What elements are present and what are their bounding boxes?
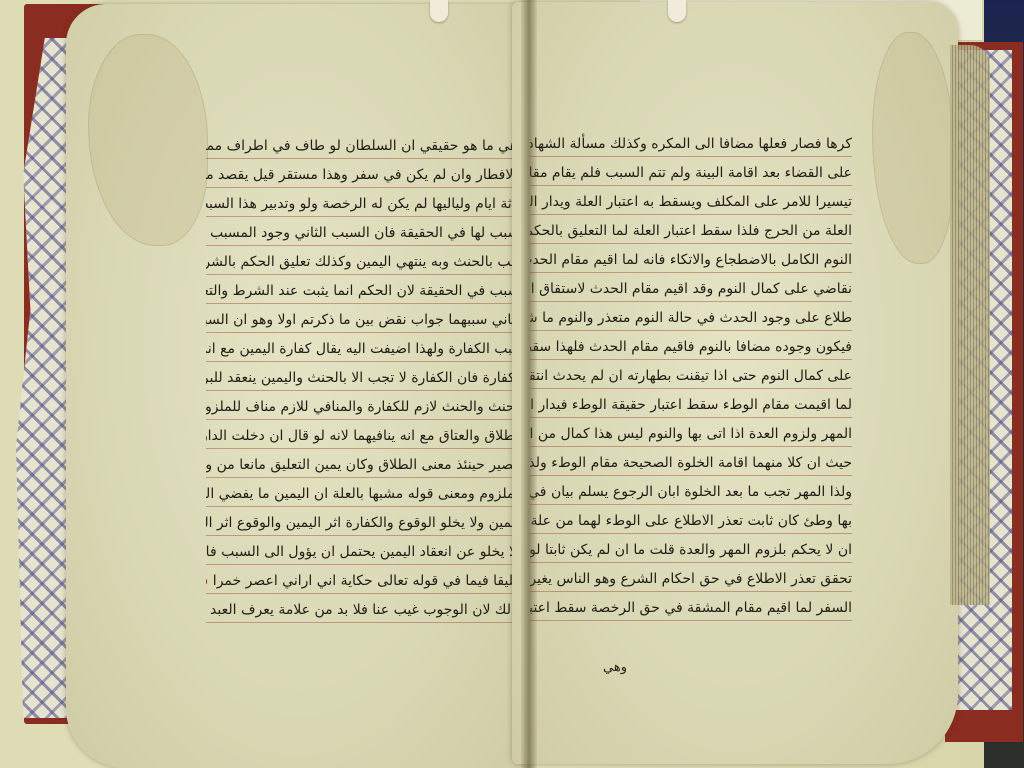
left-page-text: وهي ما هو حقيقي ان السلطان لو طاف في اطر… — [206, 132, 524, 625]
manuscript-line: على كمال النوم حتى اذا تيقنت بطهارته ان … — [530, 362, 852, 391]
manuscript-line: تحقق تعذر الاطلاع في حق احكام الشرع وهو … — [530, 565, 852, 594]
manuscript-line: طلاع على وجود الحدث في حالة النوم متعذر … — [530, 304, 852, 333]
right-page-text: كرها فصار فعلها مضافا الى المكره وكذلك م… — [530, 130, 852, 623]
manuscript-line: بسبب في الحقيقة لان الحكم انما يثبت عند … — [206, 277, 524, 306]
manuscript-line: للملزوم ومعنى قوله مشبها بالعلة ان اليمي… — [206, 480, 524, 509]
manuscript-line: العلة من الحرج فلذا سقط اعتبار العلة لما… — [530, 217, 852, 246]
page-clip-right — [668, 0, 686, 22]
manuscript-line: والافطار وان لم يكن في سفر وهذا مستقر قي… — [206, 161, 524, 190]
manuscript-line: المهر ولزوم العدة اذا اتى بها والنوم ليس… — [530, 420, 852, 449]
page-clip-left — [430, 0, 448, 22]
manuscript-line: تعليقا فيما في قوله تعالى حكاية اني اران… — [206, 567, 524, 596]
manuscript-line: وهي ما هو حقيقي ان السلطان لو طاف في اطر… — [206, 132, 524, 161]
manuscript-line: كرها فصار فعلها مضافا الى المكره وكذلك م… — [530, 130, 852, 159]
water-stain — [872, 32, 954, 264]
manuscript-line: نقاضي على كمال النوم وقد اقيم مقام الحدث… — [530, 275, 852, 304]
manuscript-line: النوم الكامل بالاضطجاع والاتكاء فانه لما… — [530, 246, 852, 275]
manuscript-line: الكفارة فان الكفارة لا تجب الا بالحنث وا… — [206, 364, 524, 393]
manuscript-line: اليمين ولا يخلو الوقوع والكفارة اثر اليم… — [206, 509, 524, 538]
manuscript-line: للحنث والحنث لازم للكفارة والمنافي للازم… — [206, 393, 524, 422]
catchword: وهي — [603, 660, 627, 675]
water-stain — [88, 34, 208, 246]
manuscript-line: فلا يخلو عن انعقاد اليمين يحتمل ان يؤول … — [206, 538, 524, 567]
manuscript-line: وذلك لان الوجوب غيب عنا فلا بد من علامة … — [206, 596, 524, 625]
manuscript-line: على القضاء بعد اقامة البينة ولم تتم السب… — [530, 159, 852, 188]
manuscript-line: تجب بالحنث وبه ينتهي اليمين وكذلك تعليق … — [206, 248, 524, 277]
manuscript-line: بها وطئ كان ثابت تعذر الاطلاع على الوطء … — [530, 507, 852, 536]
book-gutter — [521, 0, 537, 768]
manuscript-line: ان لا يحكم بلزوم المهر والعدة قلت ما ان … — [530, 536, 852, 565]
manuscript-line: للطلاق والعتاق مع انه ينافيهما لانه لو ق… — [206, 422, 524, 451]
manuscript-line: تيسيرا للامر على المكلف ويسقط به اعتبار … — [530, 188, 852, 217]
manuscript-line: حيث ان كلا منهما اقامة الخلوة الصحيحة مق… — [530, 449, 852, 478]
manuscript-line: ويصير حينئذ معنى الطلاق وكان يمين التعلي… — [206, 451, 524, 480]
manuscript-line: لما اقيمت مقام الوطء سقط اعتبار حقيقة ال… — [530, 391, 852, 420]
manuscript-line: سبب الكفارة ولهذا اضيفت اليه يقال كفارة … — [206, 335, 524, 364]
left-manuscript-page: وهي ما هو حقيقي ان السلطان لو طاف في اطر… — [66, 4, 530, 768]
manuscript-line: ولذا المهر تجب ما بعد الخلوة ابان الرجوع… — [530, 478, 852, 507]
manuscript-line: ثلاثة ايام ولياليها لم يكن له الرخصة ولو… — [206, 190, 524, 219]
manuscript-line: الثاني سببهما جواب نقض بين ما ذكرتم اولا… — [206, 306, 524, 335]
page-block-edge — [950, 45, 990, 605]
manuscript-line: فيكون وجوده مضافا بالنوم فاقيم مقام الحد… — [530, 333, 852, 362]
manuscript-line: بسبب لها في الحقيقة فان السبب الثاني وجو… — [206, 219, 524, 248]
right-manuscript-page: كرها فصار فعلها مضافا الى المكره وكذلك م… — [512, 2, 958, 764]
manuscript-line: السفر لما اقيم مقام المشقة في حق الرخصة … — [530, 594, 852, 623]
